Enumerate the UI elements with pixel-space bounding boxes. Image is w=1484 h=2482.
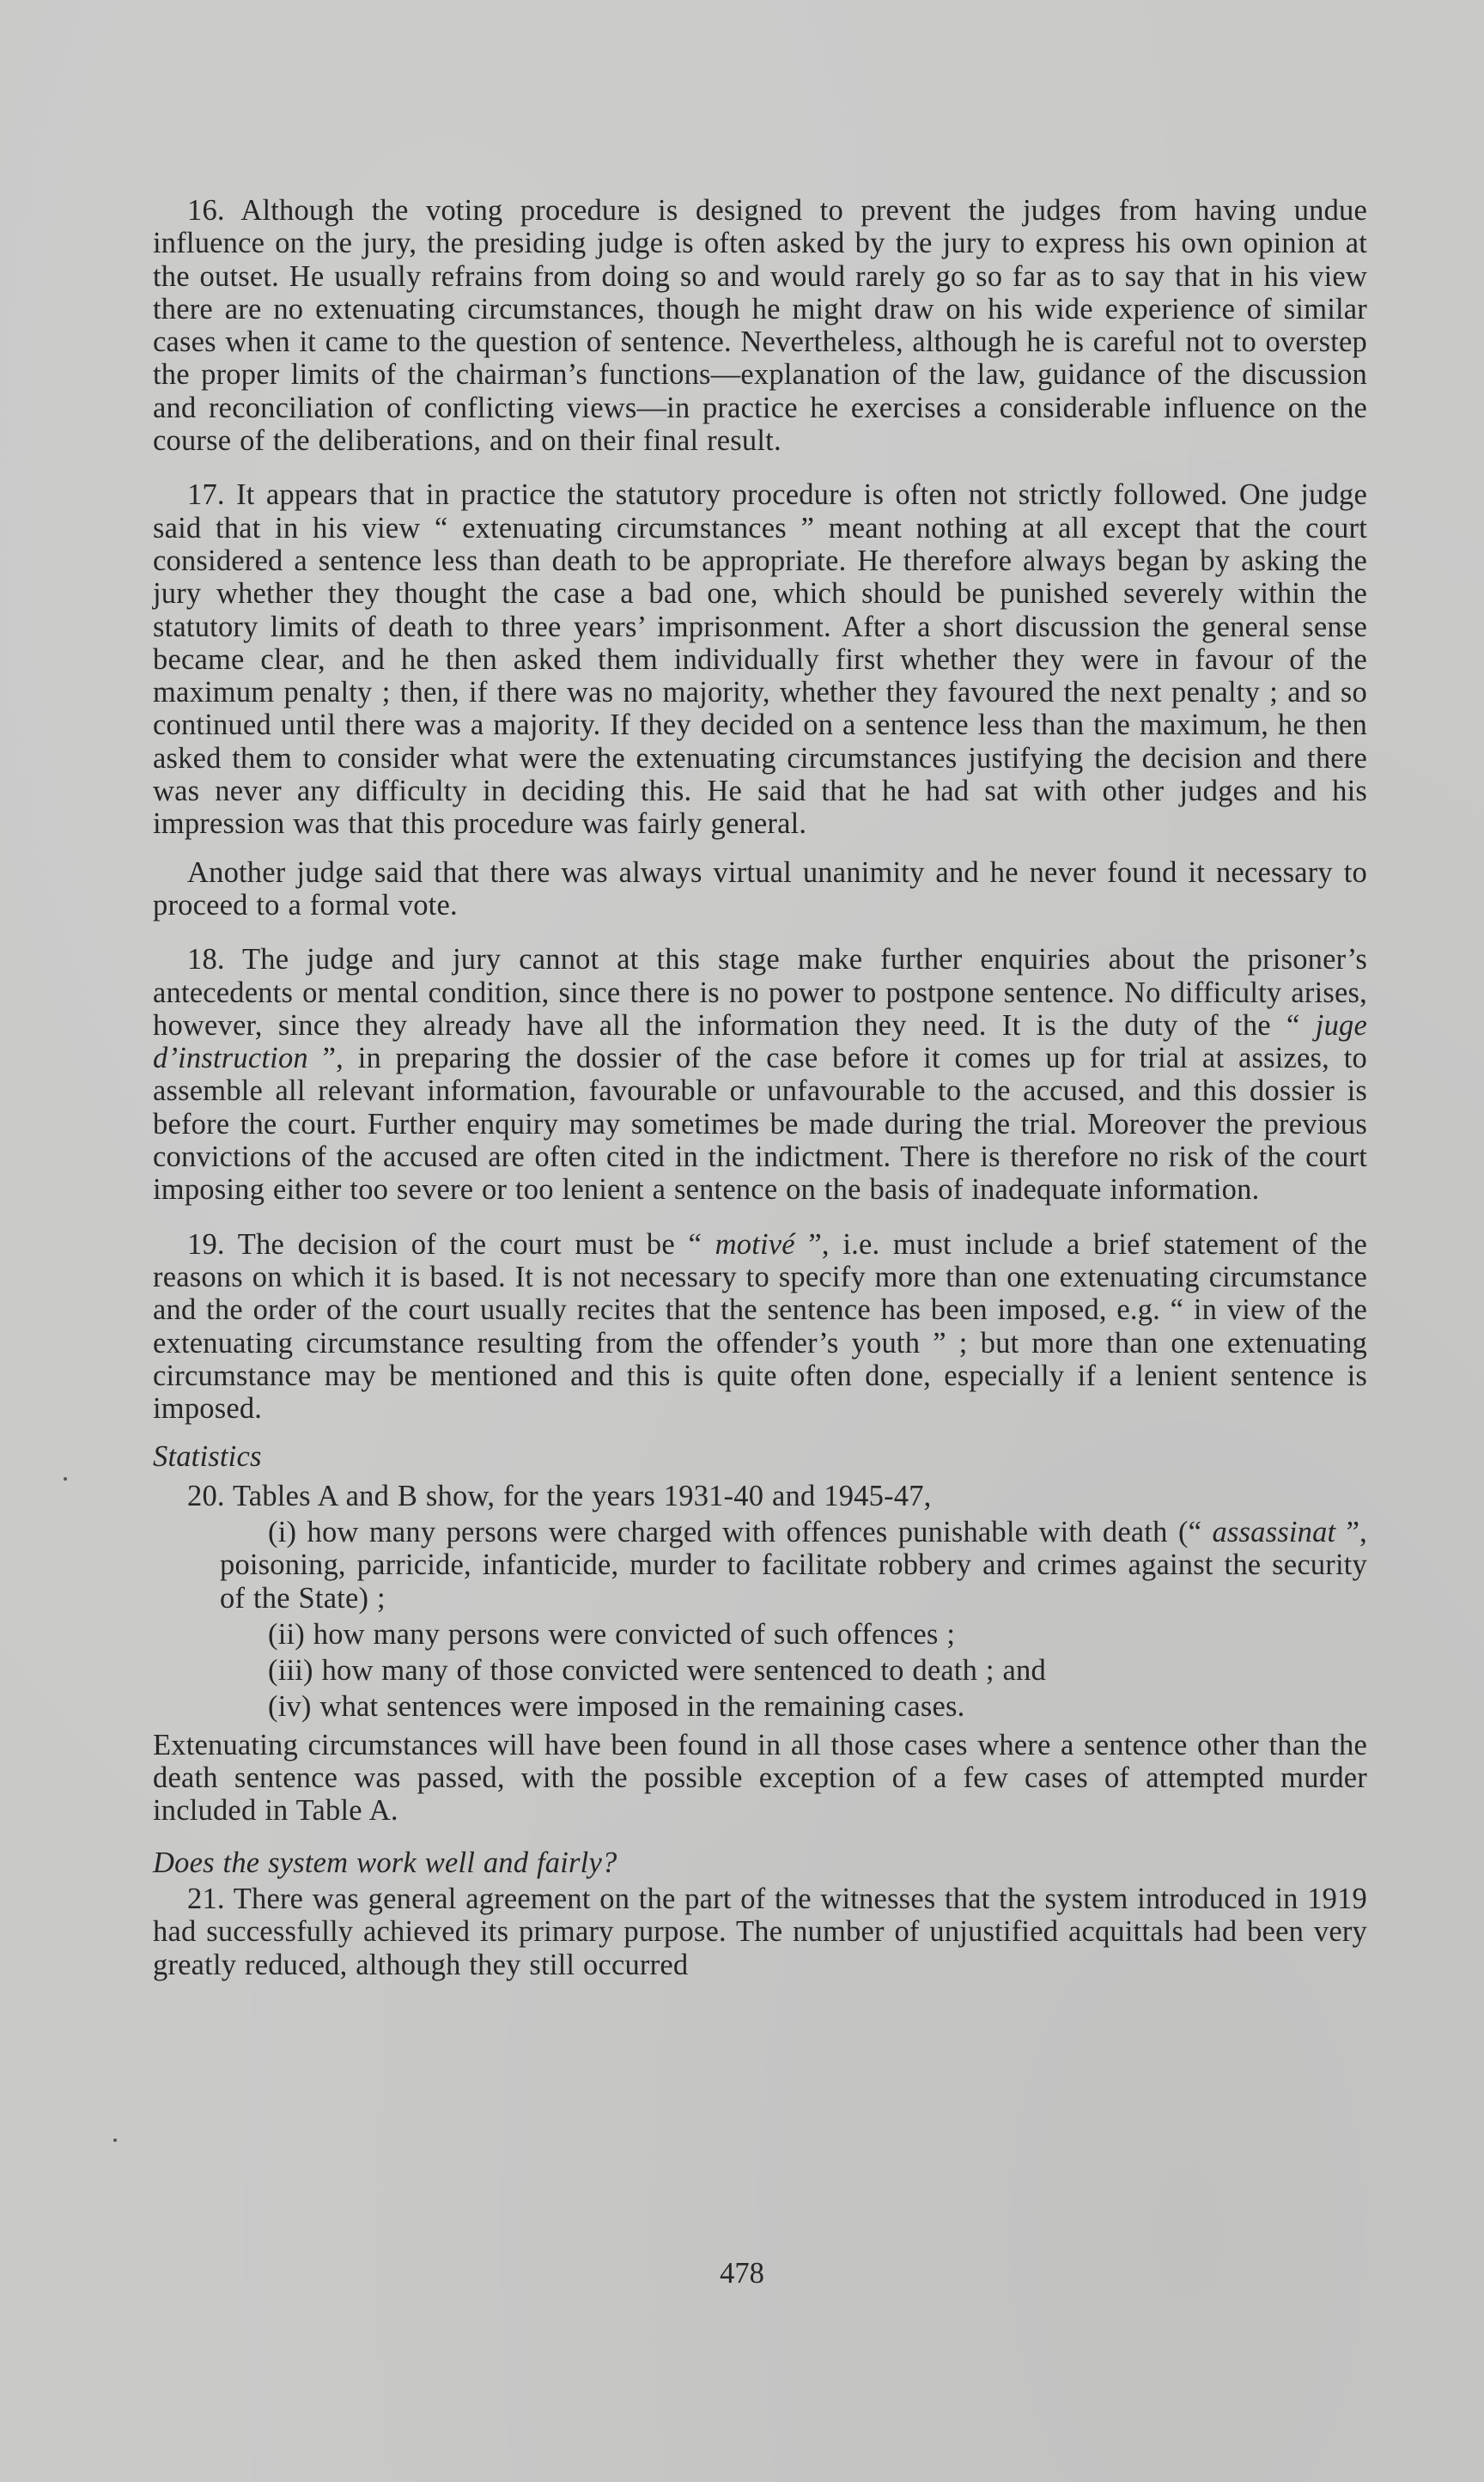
paragraph-16: 16. Although the voting procedure is des… [153, 194, 1367, 457]
paragraph-text: It appears that in practice the statutor… [153, 478, 1367, 840]
margin-speck [64, 1477, 67, 1481]
italic-term: assassinat [1212, 1516, 1335, 1548]
paragraph-number: 16. [187, 194, 225, 227]
paragraph-number: 20. [187, 1480, 225, 1512]
paragraph-text: Tables A and B show, for the years 1931-… [233, 1480, 932, 1512]
paragraph-17: 17. It appears that in practice the stat… [153, 478, 1367, 840]
paragraph-text: The judge and jury cannot at this stage … [153, 943, 1367, 1042]
document-body: 16. Although the voting procedure is des… [153, 194, 1367, 2003]
list-item-ii: (ii) how many persons were convicted of … [153, 1618, 1367, 1651]
page-number: 478 [0, 2257, 1484, 2290]
list-item-iii: (iii) how many of those convicted were s… [153, 1654, 1367, 1687]
list-text: how many persons were charged with offen… [307, 1516, 1213, 1548]
list-marker: (iii) [268, 1654, 313, 1687]
list-text: what sentences were imposed in the remai… [319, 1690, 964, 1723]
list-text: how many of those convicted were sentenc… [322, 1654, 1046, 1687]
paragraph-text: Although the voting procedure is designe… [153, 194, 1367, 457]
section-heading-fairness: Does the system work well and fairly? [153, 1846, 1367, 1879]
section-heading-statistics: Statistics [153, 1440, 1367, 1473]
paragraph-number: 19. [187, 1228, 225, 1261]
paragraph-18: 18. The judge and jury cannot at this st… [153, 943, 1367, 1206]
list-marker: (ii) [268, 1618, 305, 1651]
paragraph-text: ”, in preparing the dossier of the case … [153, 1042, 1367, 1206]
list-item-i: (i) how many persons were charged with o… [153, 1516, 1367, 1615]
paragraph-text: Another judge said that there was always… [153, 856, 1367, 922]
list-marker: (i) [268, 1516, 296, 1548]
paragraph-text: The decision of the court must be “ [238, 1228, 715, 1261]
paragraph-20-conclusion: Extenuating circumstances will have been… [153, 1729, 1367, 1828]
list-item-iv: (iv) what sentences were imposed in the … [153, 1690, 1367, 1723]
paragraph-21: 21. There was general agreement on the p… [153, 1883, 1367, 1981]
list-marker: (iv) [268, 1690, 312, 1723]
paragraph-number: 21. [187, 1883, 225, 1915]
italic-term: motivé [715, 1228, 795, 1261]
paragraph-number: 18. [187, 943, 225, 976]
paragraph-19: 19. The decision of the court must be “ … [153, 1228, 1367, 1426]
paragraph-text: There was general agreement on the part … [153, 1883, 1367, 1981]
margin-speck [113, 2138, 117, 2142]
paragraph-number: 17. [187, 478, 225, 511]
paragraph-20: 20. Tables A and B show, for the years 1… [153, 1480, 1367, 1512]
list-text: how many persons were convicted of such … [313, 1618, 955, 1651]
paragraph-17-continued: Another judge said that there was always… [153, 856, 1367, 922]
paragraph-text: Extenuating circumstances will have been… [153, 1729, 1367, 1828]
